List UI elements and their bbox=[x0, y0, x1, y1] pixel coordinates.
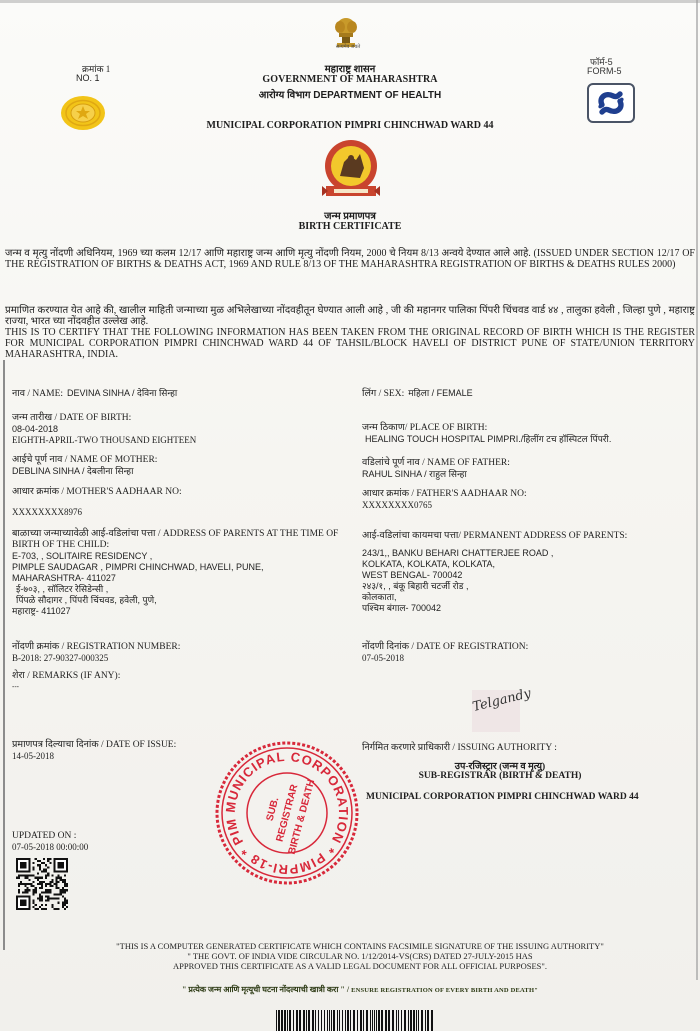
place-of-birth-label: जन्म ठिकाण/ PLACE OF BIRTH: bbox=[362, 423, 692, 434]
birth-certificate-page: सत्यमेव जयते क्रमांक 1 NO. 1 फॉर्म-5 FOR… bbox=[0, 0, 700, 1031]
issued-under-paragraph: जन्म व मृत्यु नोंदणी अधिनियम, 1969 च्या … bbox=[5, 248, 695, 270]
certificate-title-marathi: जन्म प्रमाणपत्र bbox=[280, 208, 420, 222]
issuing-authority-organization: MUNICIPAL CORPORATION PIMPRI CHINCHWAD W… bbox=[366, 792, 639, 802]
slogan: ENSURE REGISTRATION OF EVERY BIRTH AND D… bbox=[351, 987, 538, 994]
mother-name-value: DEBLINA SINHA / देबलीना सिन्हा bbox=[12, 466, 347, 477]
sex-value: महिला / FEMALE bbox=[408, 388, 472, 398]
place-of-birth-value: HEALING TOUCH HOSPITAL PIMPRI./हिलींग टच… bbox=[362, 434, 692, 445]
remarks-value: --- bbox=[12, 682, 347, 693]
municipal-corporation-logo-icon bbox=[320, 138, 382, 202]
address-at-birth-line: महाराष्ट्र- 411027 bbox=[12, 606, 347, 617]
top-edge bbox=[0, 0, 700, 3]
remarks-label: शेरा / REMARKS (IF ANY): bbox=[12, 671, 347, 682]
registration-date-field: नोंदणी दिनांक / DATE OF REGISTRATION: 07… bbox=[362, 642, 692, 664]
permanent-address-line: WEST BENGAL- 700042 bbox=[362, 570, 692, 581]
municipal-corporation-title: MUNICIPAL CORPORATION PIMPRI CHINCHWAD W… bbox=[150, 120, 550, 131]
mother-name-field: आईचे पूर्ण नाव / NAME OF MOTHER: DEBLINA… bbox=[12, 455, 347, 477]
father-aadhaar-value: XXXXXXXX0765 bbox=[362, 500, 692, 511]
certification-text-marathi: प्रमाणित करण्यात येत आहे की, खालील माहित… bbox=[5, 305, 695, 327]
sex-field: लिंग / SEX: महिला / FEMALE bbox=[362, 383, 692, 401]
permanent-address-line: KOLKATA, KOLKATA, KOLKATA, bbox=[362, 559, 692, 570]
national-emblem-icon bbox=[330, 16, 362, 56]
qr-code-icon bbox=[16, 858, 68, 910]
government-title-marathi: महाराष्ट्र शासन bbox=[250, 61, 450, 75]
date-of-birth-field: जन्म तारीख / DATE OF BIRTH: 08-04-2018 E… bbox=[12, 413, 347, 446]
address-at-birth-line: MAHARASHTRA- 411027 bbox=[12, 573, 347, 584]
updated-on-field: UPDATED ON : 07-05-2018 00:00:00 bbox=[12, 831, 347, 853]
address-at-birth-line: पिंपळे सौदागर , पिंपरी चिंचवड, हवेली, पु… bbox=[12, 595, 347, 606]
barcode-icon bbox=[274, 1010, 434, 1031]
gold-seal-icon bbox=[60, 95, 106, 131]
right-border bbox=[696, 0, 698, 980]
footer-line-3: APPROVED THIS CERTIFICATE AS A VALID LEG… bbox=[60, 961, 660, 971]
sex-label: लिंग / SEX: bbox=[362, 389, 404, 399]
father-name-label: वडिलांचे पूर्ण नाव / NAME OF FATHER: bbox=[362, 458, 692, 469]
form-logo-icon bbox=[587, 83, 635, 123]
updated-on-value: 07-05-2018 00:00:00 bbox=[12, 842, 347, 853]
footer-slogan: " प्रत्येक जन्म आणि मृत्यूची घटना नोंदल्… bbox=[60, 984, 660, 995]
certificate-title: BIRTH CERTIFICATE bbox=[280, 221, 420, 232]
mother-aadhaar-value: XXXXXXXX8976 bbox=[12, 507, 347, 518]
number-label: NO. 1 bbox=[76, 73, 100, 83]
remarks-field: शेरा / REMARKS (IF ANY): --- bbox=[12, 671, 347, 693]
father-name-field: वडिलांचे पूर्ण नाव / NAME OF FATHER: RAH… bbox=[362, 458, 692, 480]
mother-aadhaar-field: आधार क्रमांक / MOTHER'S AADHAAR NO: XXXX… bbox=[12, 487, 347, 518]
permanent-address-line: पश्चिम बंगाल- 700042 bbox=[362, 603, 692, 614]
certification-text: THIS IS TO CERTIFY THAT THE FOLLOWING IN… bbox=[5, 327, 695, 360]
permanent-address-line: कोलकाता, bbox=[362, 592, 692, 603]
address-at-birth-line: PIMPLE SAUDAGAR , PIMPRI CHINCHWAD, HAVE… bbox=[12, 562, 347, 573]
registration-date-label: नोंदणी दिनांक / DATE OF REGISTRATION: bbox=[362, 642, 692, 653]
registration-number-field: नोंदणी क्रमांक / REGISTRATION NUMBER: B-… bbox=[12, 642, 347, 664]
seal-center-line: SUB. bbox=[265, 796, 282, 822]
address-at-birth-field: बाळाच्या जन्माच्यावेळी आई-वडिलांचा पत्ता… bbox=[12, 529, 347, 617]
permanent-address-label: आई-वडिलांचा कायमचा पत्ता/ PERMANENT ADDR… bbox=[362, 531, 692, 542]
date-of-birth-label: जन्म तारीख / DATE OF BIRTH: bbox=[12, 413, 347, 424]
father-aadhaar-label: आधार क्रमांक / FATHER'S AADHAAR NO: bbox=[362, 489, 692, 500]
footer-line-1: "THIS IS A COMPUTER GENERATED CERTIFICAT… bbox=[60, 941, 660, 951]
address-at-birth-label: बाळाच्या जन्माच्यावेळी आई-वडिलांचा पत्ता… bbox=[12, 529, 347, 551]
issuing-authority-label: निर्गमित करणारे प्राधिकारी / ISSUING AUT… bbox=[362, 740, 557, 753]
registration-number-label: नोंदणी क्रमांक / REGISTRATION NUMBER: bbox=[12, 642, 347, 653]
footer-disclaimer: "THIS IS A COMPUTER GENERATED CERTIFICAT… bbox=[60, 941, 660, 971]
address-at-birth-line: ई-७०३, , सॉलिटर रेसिडेन्सी , bbox=[12, 584, 347, 595]
left-border bbox=[3, 360, 5, 950]
official-seal-stamp-icon: MUNICIPAL CORPORATION * PIMPRI-18 * PIMP… bbox=[212, 738, 362, 888]
issuing-authority-title: SUB-REGISTRAR (BIRTH & DEATH) bbox=[400, 771, 600, 781]
permanent-address-line: 243/1,, BANKU BEHARI CHATTERJEE ROAD , bbox=[362, 548, 692, 559]
date-of-birth-value: 08-04-2018 bbox=[12, 424, 347, 435]
permanent-address-field: आई-वडिलांचा कायमचा पत्ता/ PERMANENT ADDR… bbox=[362, 531, 692, 614]
father-aadhaar-field: आधार क्रमांक / FATHER'S AADHAAR NO: XXXX… bbox=[362, 489, 692, 511]
form-label: FORM-5 bbox=[587, 66, 622, 76]
government-title: GOVERNMENT OF MAHARASHTRA bbox=[220, 74, 480, 85]
footer-line-2: " THE GOVT. OF INDIA VIDE CIRCULAR NO. 1… bbox=[60, 951, 660, 961]
name-label: नाव / NAME: bbox=[12, 389, 63, 399]
certification-paragraph: प्रमाणित करण्यात येत आहे की, खालील माहित… bbox=[5, 305, 695, 360]
place-of-birth-field: जन्म ठिकाण/ PLACE OF BIRTH: HEALING TOUC… bbox=[362, 423, 692, 445]
registration-date-value: 07-05-2018 bbox=[362, 653, 692, 664]
date-of-birth-words: EIGHTH-APRIL-TWO THOUSAND EIGHTEEN bbox=[12, 435, 347, 446]
registration-number-value: B-2018: 27-90327-000325 bbox=[12, 653, 347, 664]
updated-on-label: UPDATED ON : bbox=[12, 831, 347, 842]
mother-name-label: आईचे पूर्ण नाव / NAME OF MOTHER: bbox=[12, 455, 347, 466]
slogan-marathi: " प्रत्येक जन्म आणि मृत्यूची घटना नोंदल्… bbox=[182, 985, 349, 994]
mother-aadhaar-label: आधार क्रमांक / MOTHER'S AADHAAR NO: bbox=[12, 487, 347, 498]
emblem-caption: सत्यमेव जयते bbox=[318, 44, 378, 50]
department-title: आरोग्य विभाग DEPARTMENT OF HEALTH bbox=[220, 87, 480, 101]
father-name-value: RAHUL SINHA / राहुल सिन्हा bbox=[362, 469, 692, 480]
address-at-birth-line: E-703, , SOLITAIRE RESIDENCY , bbox=[12, 551, 347, 562]
name-field: नाव / NAME: DEVINA SINHA / देविना सिन्हा bbox=[12, 383, 347, 401]
permanent-address-line: २४३/१, , बंकू बिहारी चटर्जी रोड , bbox=[362, 581, 692, 592]
name-value: DEVINA SINHA / देविना सिन्हा bbox=[67, 388, 177, 398]
